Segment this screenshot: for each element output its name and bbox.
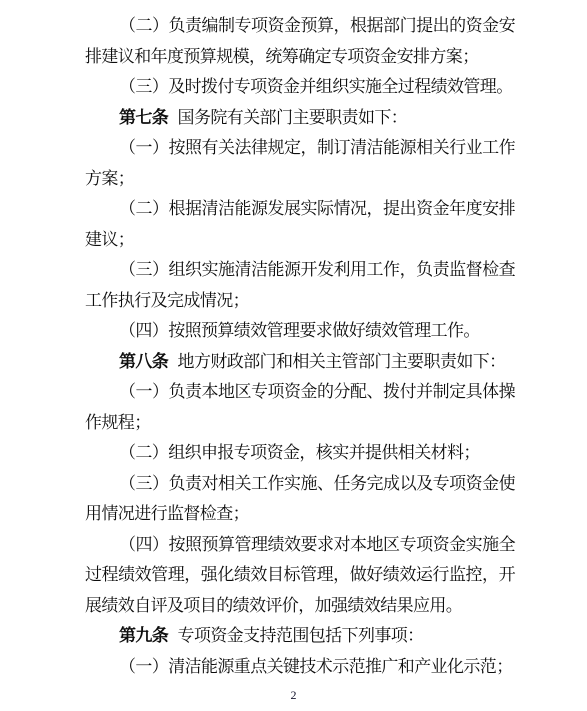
paragraph: （三）负责对相关工作实施、任务完成以及专项资金使用情况进行监督检查； xyxy=(85,469,515,530)
paragraph-text: （二）根据清洁能源发展实际情况，提出资金年度安排建议； xyxy=(85,199,515,249)
paragraph-text: （一）负责本地区专项资金的分配、拨付并制定具体操作规程； xyxy=(85,382,515,432)
article-label: 第九条 xyxy=(119,626,168,645)
article-label: 第七条 xyxy=(119,108,168,127)
document-page: （二）负责编制专项资金预算，根据部门提出的资金安排建议和年度预算规模，统筹确定专… xyxy=(0,0,587,711)
paragraph-text: 国务院有关部门主要职责如下： xyxy=(178,108,408,127)
paragraph-text: （三）及时拨付专项资金并组织实施全过程绩效管理。 xyxy=(119,77,513,96)
paragraph: （四）按照预算管理绩效要求对本地区专项资金实施全过程绩效管理，强化绩效目标管理，… xyxy=(85,530,515,622)
paragraph: 第七条国务院有关部门主要职责如下： xyxy=(85,103,515,134)
paragraph: 第九条专项资金支持范围包括下列事项： xyxy=(85,621,515,652)
paragraph-text: （二）组织申报专项资金，核实并提供相关材料； xyxy=(119,443,480,462)
paragraph: （一）负责本地区专项资金的分配、拨付并制定具体操作规程； xyxy=(85,377,515,438)
page-number: 2 xyxy=(291,688,297,702)
document-body: （二）负责编制专项资金预算，根据部门提出的资金安排建议和年度预算规模，统筹确定专… xyxy=(85,11,515,682)
paragraph: （四）按照预算绩效管理要求做好绩效管理工作。 xyxy=(85,316,515,347)
paragraph: （一）清洁能源重点关键技术示范推广和产业化示范； xyxy=(85,652,515,683)
paragraph-text: 地方财政部门和相关主管部门主要职责如下： xyxy=(178,352,506,371)
paragraph-text: （二）负责编制专项资金预算，根据部门提出的资金安排建议和年度预算规模，统筹确定专… xyxy=(85,16,515,66)
paragraph-text: （四）按照预算管理绩效要求对本地区专项资金实施全过程绩效管理，强化绩效目标管理，… xyxy=(85,535,515,615)
paragraph-text: （四）按照预算绩效管理要求做好绩效管理工作。 xyxy=(119,321,480,340)
paragraph-text: 专项资金支持范围包括下列事项： xyxy=(178,626,424,645)
paragraph: （二）根据清洁能源发展实际情况，提出资金年度安排建议； xyxy=(85,194,515,255)
paragraph: （一）按照有关法律规定，制订清洁能源相关行业工作方案； xyxy=(85,133,515,194)
paragraph-text: （一）清洁能源重点关键技术示范推广和产业化示范； xyxy=(119,657,513,676)
paragraph: （二）负责编制专项资金预算，根据部门提出的资金安排建议和年度预算规模，统筹确定专… xyxy=(85,11,515,72)
paragraph: 第八条地方财政部门和相关主管部门主要职责如下： xyxy=(85,347,515,378)
paragraph: （三）组织实施清洁能源开发利用工作，负责监督检查工作执行及完成情况； xyxy=(85,255,515,316)
paragraph-text: （一）按照有关法律规定，制订清洁能源相关行业工作方案； xyxy=(85,138,515,188)
paragraph-text: （三）组织实施清洁能源开发利用工作，负责监督检查工作执行及完成情况； xyxy=(85,260,515,310)
article-label: 第八条 xyxy=(119,352,168,371)
page-footer: 2 xyxy=(0,686,587,704)
paragraph-text: （三）负责对相关工作实施、任务完成以及专项资金使用情况进行监督检查； xyxy=(85,474,515,524)
paragraph: （三）及时拨付专项资金并组织实施全过程绩效管理。 xyxy=(85,72,515,103)
paragraph: （二）组织申报专项资金，核实并提供相关材料； xyxy=(85,438,515,469)
